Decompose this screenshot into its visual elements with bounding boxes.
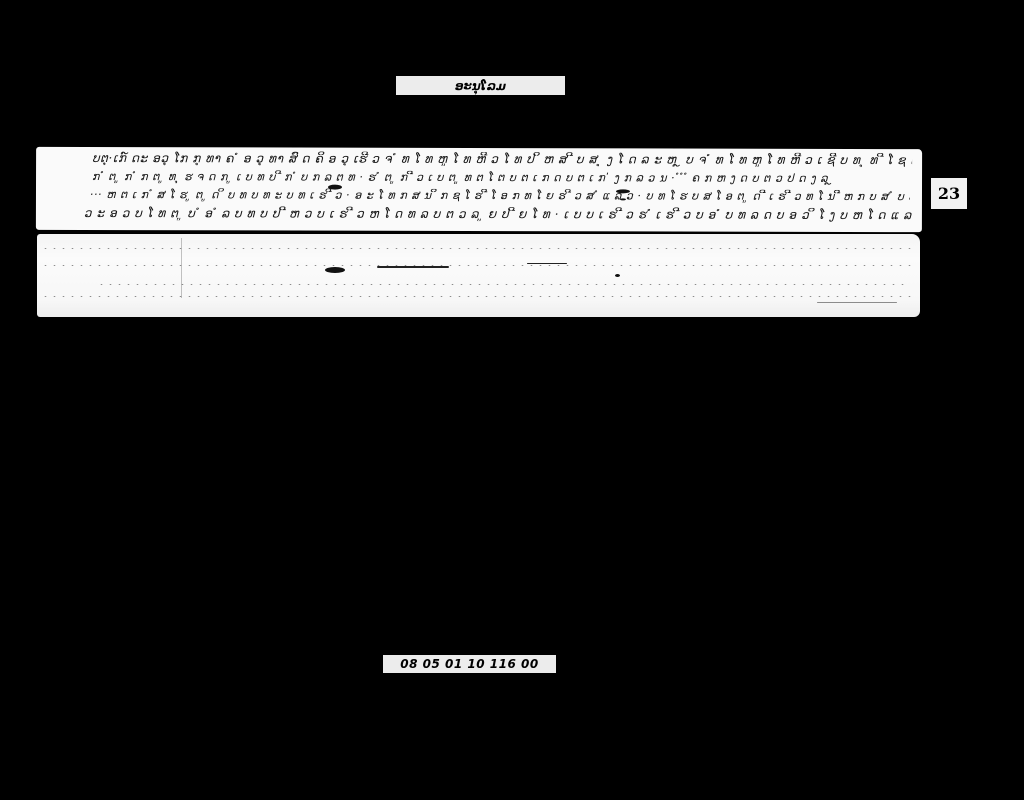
ink-blot (325, 267, 345, 273)
catalog-id-text: 08 05 01 10 116 00 (400, 657, 538, 671)
margin-line (181, 238, 182, 298)
palm-leaf-front: ບຕຸ·ເກ໌ ດະ ອວຸ ໂກ ກຸ ທາ ຄ ໍ ອ ວຸ ທາ ສົ ດ… (36, 147, 922, 232)
ruling-line-2 (41, 265, 911, 266)
page-number-label: 23 (931, 178, 967, 209)
string-hole-mark-right-dot (620, 198, 626, 200)
string-hole-mark-left (328, 185, 342, 190)
palm-leaf-back (37, 234, 920, 317)
ink-speck (615, 274, 620, 277)
title-text: ອະນຸໂລມ (455, 79, 506, 93)
ink-streak-2 (527, 263, 567, 264)
script-line-1: ບຕຸ·ເກ໌ ດະ ອວຸ ໂກ ກຸ ທາ ຄ ໍ ອ ວຸ ທາ ສົ ດ… (92, 151, 912, 167)
catalog-id-label: 08 05 01 10 116 00 (383, 655, 556, 673)
title-label: ອະນຸໂລມ (396, 76, 565, 95)
string-hole-mark-right (616, 189, 630, 193)
ink-streak-3 (817, 302, 897, 303)
ruling-line-3 (97, 284, 907, 285)
ruling-line-4 (41, 296, 911, 297)
ink-streak-1 (377, 266, 449, 268)
page-number-text: 23 (938, 184, 960, 203)
ruling-line-1 (41, 248, 911, 249)
script-line-4: ວ ະ ອ ວ ບ ໂ ທ ຕ ູ ບ ໍ ອ ໍ ລ ບ ທ ບ ປ ີ ຫ … (84, 206, 914, 222)
script-line-3: ··· ຫ ຕ ເ ກ ໍ ສ ໂ ຮ ູ ຕ ູ ດ ິ ບ ທ ບ ທ ະ … (90, 188, 910, 203)
script-line-2: ກ ໍ ຕ ູ ກ ໍ ກ ຕ ູ ທ ຸ ຮ ຈ ດ ກ ູ ເ ບ ທ ບ … (92, 170, 912, 185)
